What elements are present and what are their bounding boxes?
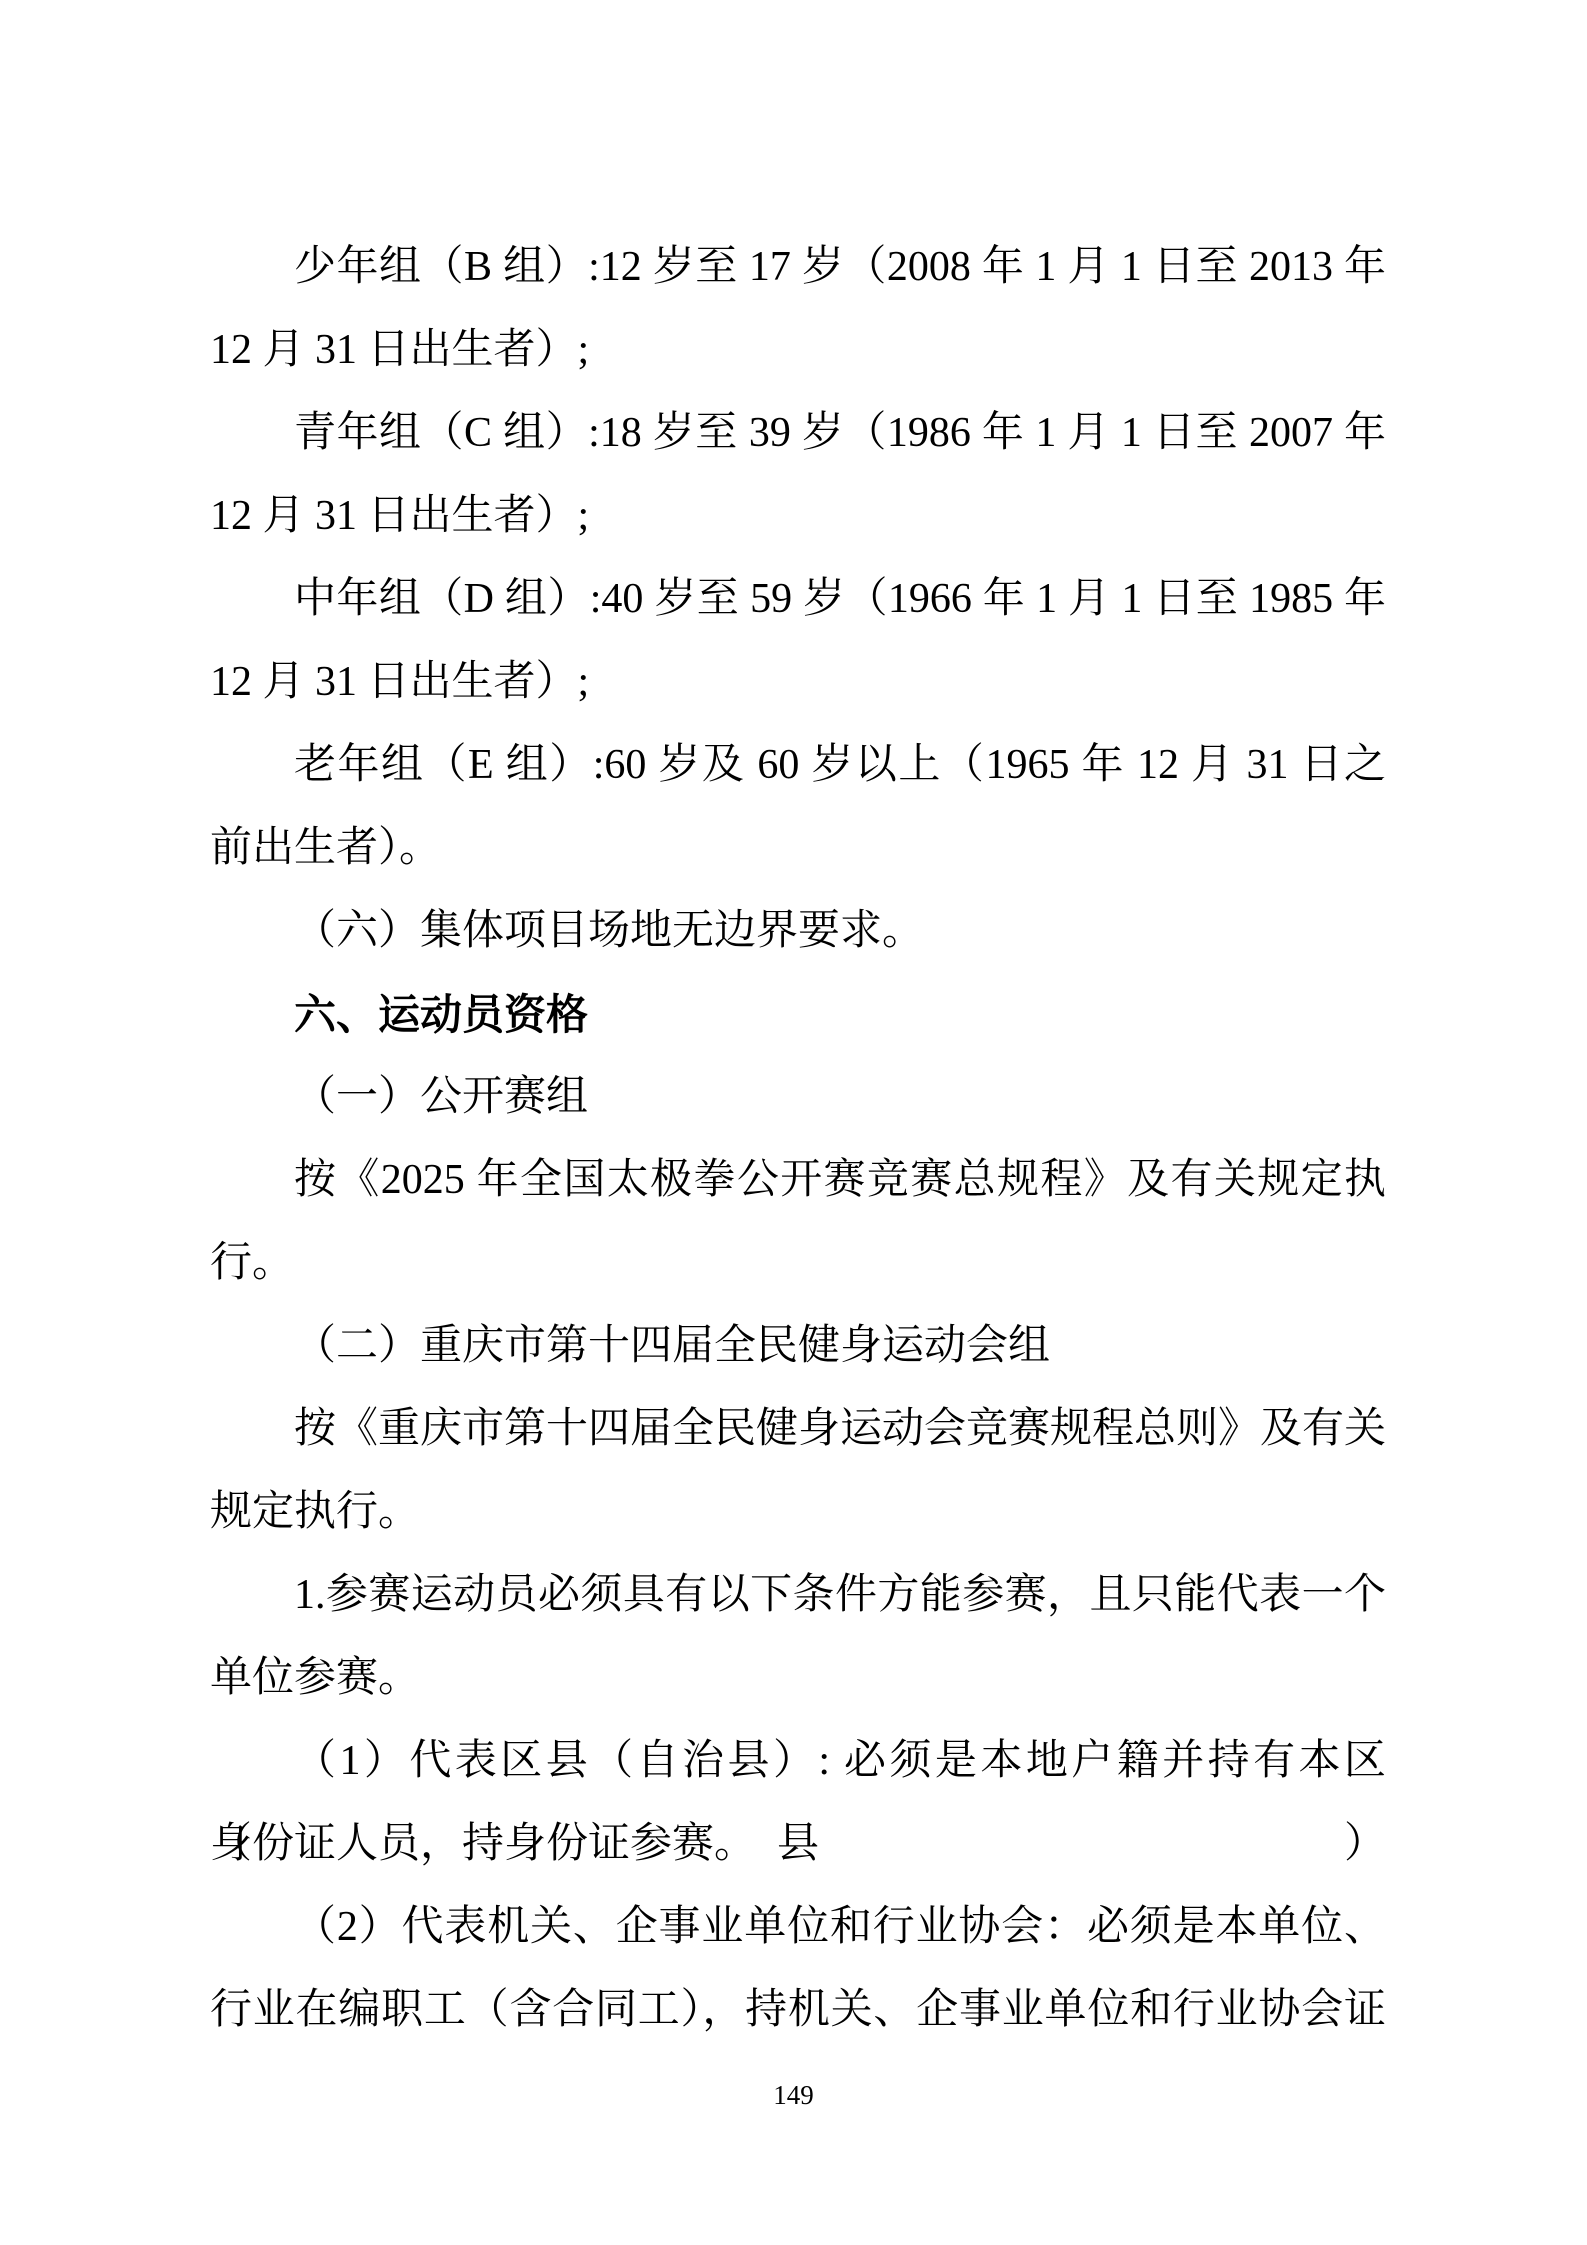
text-line: 前出生者）。 [210,807,1386,890]
text-line: 中年组（D 组）:40 岁至 59 岁（1966 年 1 月 1 日至 1985… [210,558,1386,641]
text-line: （六）集体项目场地无边界要求。 [210,890,1386,973]
text-line: 12 月 31 日出生者）; [210,475,1386,558]
text-line: 12 月 31 日出生者）; [210,641,1386,724]
section-heading-line: 六、运动员资格 [210,973,1386,1056]
text-line: 青年组（C 组）:18 岁至 39 岁（1986 年 1 月 1 日至 2007… [210,392,1386,475]
text-line: 按《重庆市第十四届全民健身运动会竞赛规程总则》及有关 [210,1388,1386,1471]
text-line: 单位参赛。 [210,1637,1386,1720]
text-line: 行。 [210,1222,1386,1305]
text-line: （1）代表区县（自治县）: 必须是本地户籍并持有本区（县） [210,1720,1386,1803]
text-line: 老年组（E 组）:60 岁及 60 岁以上（1965 年 12 月 31 日之 [210,724,1386,807]
text-line: （一）公开赛组 [210,1056,1386,1139]
text-line: 按《2025 年全国太极拳公开赛竞赛总规程》及有关规定执 [210,1139,1386,1222]
text-line: 少年组（B 组）:12 岁至 17 岁（2008 年 1 月 1 日至 2013… [210,226,1386,309]
text-line: 12 月 31 日出生者）; [210,309,1386,392]
text-line: （2）代表机关、企事业单位和行业协会：必须是本单位、 [210,1886,1386,1969]
document-body: 少年组（B 组）:12 岁至 17 岁（2008 年 1 月 1 日至 2013… [210,226,1386,2052]
text-line: 行业在编职工（含合同工），持机关、企事业单位和行业协会证 [210,1969,1386,2052]
page-number: 149 [0,2078,1587,2112]
text-line: 规定执行。 [210,1471,1386,1554]
document-page: 少年组（B 组）:12 岁至 17 岁（2008 年 1 月 1 日至 2013… [0,0,1587,2245]
text-line: （二）重庆市第十四届全民健身运动会组 [210,1305,1386,1388]
text-line: 1.参赛运动员必须具有以下条件方能参赛，且只能代表一个 [210,1554,1386,1637]
